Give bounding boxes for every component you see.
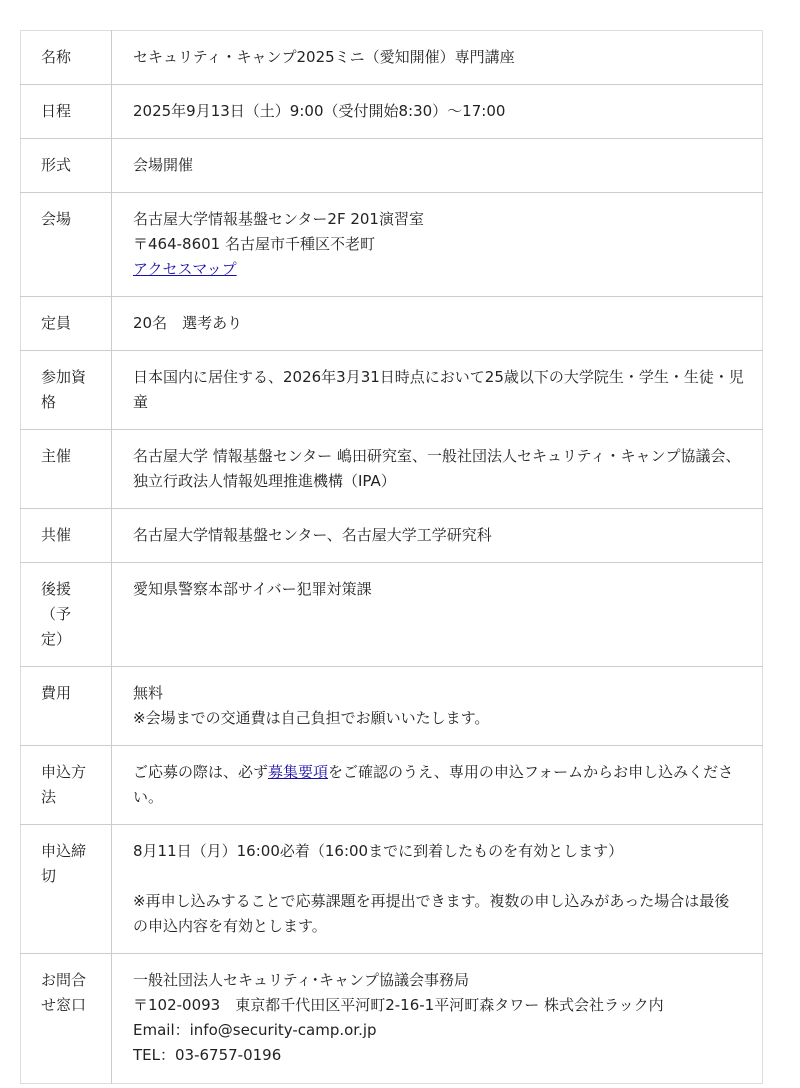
deadline-note: ※再申し込みすることで応募課題を再提出できます。複数の申し込みがあった場合は最後… <box>133 889 744 939</box>
event-info-table: 名称 セキュリティ・キャンプ2025ミニ（愛知開催）専門講座 日程 2025年9… <box>20 30 763 1084</box>
row-application-method: 申込方法 ご応募の際は、必ず募集要項をご確認のうえ、専用の申込フォームからお申し… <box>21 746 763 825</box>
capacity-value: 20名 選考あり <box>112 297 763 351</box>
contact-value: 一般社団法人セキュリティ･キャンプ協議会事務局 〒102-0093 東京都千代田… <box>112 954 763 1084</box>
contact-address: 〒102-0093 東京都千代田区平河町2-16-1平河町森タワー 株式会社ラッ… <box>133 993 744 1018</box>
row-venue: 会場 名古屋大学情報基盤センター2F 201演習室 〒464-8601 名古屋市… <box>21 193 763 297</box>
fee-value: 無料 ※会場までの交通費は自己負担でお願いいたします。 <box>112 667 763 746</box>
row-label: お問合せ窓口 <box>21 954 112 1084</box>
support-value: 愛知県警察本部サイバー犯罪対策課 <box>112 563 763 667</box>
row-fee: 費用 無料 ※会場までの交通費は自己負担でお願いいたします。 <box>21 667 763 746</box>
row-support: 後援（予定） 愛知県警察本部サイバー犯罪対策課 <box>21 563 763 667</box>
row-label: 申込締切 <box>21 825 112 954</box>
row-organizer: 主催 名古屋大学 情報基盤センター 嶋田研究室、一般社団法人セキュリティ・キャン… <box>21 430 763 509</box>
row-label: 主催 <box>21 430 112 509</box>
contact-email: Email：info@security-camp.or.jp <box>133 1018 744 1043</box>
venue-address: 〒464-8601 名古屋市千種区不老町 <box>133 232 744 257</box>
row-label: 共催 <box>21 509 112 563</box>
row-capacity: 定員 20名 選考あり <box>21 297 763 351</box>
row-label: 参加資格 <box>21 351 112 430</box>
row-label: 申込方法 <box>21 746 112 825</box>
deadline-date: 8月11日（月）16:00必着（16:00までに到着したものを有効とします） <box>133 839 744 864</box>
row-label: 後援（予定） <box>21 563 112 667</box>
schedule-value: 2025年9月13日（土）9:00（受付開始8:30）～17:00 <box>112 85 763 139</box>
row-schedule: 日程 2025年9月13日（土）9:00（受付開始8:30）～17:00 <box>21 85 763 139</box>
deadline-value: 8月11日（月）16:00必着（16:00までに到着したものを有効とします） ※… <box>112 825 763 954</box>
row-label: 形式 <box>21 139 112 193</box>
row-format: 形式 会場開催 <box>21 139 763 193</box>
format-value: 会場開催 <box>112 139 763 193</box>
row-label: 会場 <box>21 193 112 297</box>
row-label: 費用 <box>21 667 112 746</box>
venue-room: 名古屋大学情報基盤センター2F 201演習室 <box>133 207 744 232</box>
fee-amount: 無料 <box>133 681 744 706</box>
row-contact: お問合せ窓口 一般社団法人セキュリティ･キャンプ協議会事務局 〒102-0093… <box>21 954 763 1084</box>
co-organizer-value: 名古屋大学情報基盤センター、名古屋大学工学研究科 <box>112 509 763 563</box>
spacer <box>133 864 744 889</box>
venue-value: 名古屋大学情報基盤センター2F 201演習室 〒464-8601 名古屋市千種区… <box>112 193 763 297</box>
access-map-link[interactable]: アクセスマップ <box>133 257 237 282</box>
row-deadline: 申込締切 8月11日（月）16:00必着（16:00までに到着したものを有効とし… <box>21 825 763 954</box>
event-name-value: セキュリティ・キャンプ2025ミニ（愛知開催）専門講座 <box>112 31 763 85</box>
application-method-value: ご応募の際は、必ず募集要項をご確認のうえ、専用の申込フォームからお申し込みくださ… <box>112 746 763 825</box>
application-text-before: ご応募の際は、必ず <box>133 763 268 781</box>
eligibility-value: 日本国内に居住する、2026年3月31日時点において25歳以下の大学院生・学生・… <box>112 351 763 430</box>
row-eligibility: 参加資格 日本国内に居住する、2026年3月31日時点において25歳以下の大学院… <box>21 351 763 430</box>
row-co-organizer: 共催 名古屋大学情報基盤センター、名古屋大学工学研究科 <box>21 509 763 563</box>
contact-tel: TEL：03-6757-0196 <box>133 1043 744 1068</box>
row-label: 名称 <box>21 31 112 85</box>
fee-note: ※会場までの交通費は自己負担でお願いいたします。 <box>133 706 744 731</box>
contact-org: 一般社団法人セキュリティ･キャンプ協議会事務局 <box>133 968 744 993</box>
row-label: 日程 <box>21 85 112 139</box>
guidelines-link[interactable]: 募集要項 <box>268 763 328 781</box>
organizer-value: 名古屋大学 情報基盤センター 嶋田研究室、一般社団法人セキュリティ・キャンプ協議… <box>112 430 763 509</box>
row-name: 名称 セキュリティ・キャンプ2025ミニ（愛知開催）専門講座 <box>21 31 763 85</box>
row-label: 定員 <box>21 297 112 351</box>
